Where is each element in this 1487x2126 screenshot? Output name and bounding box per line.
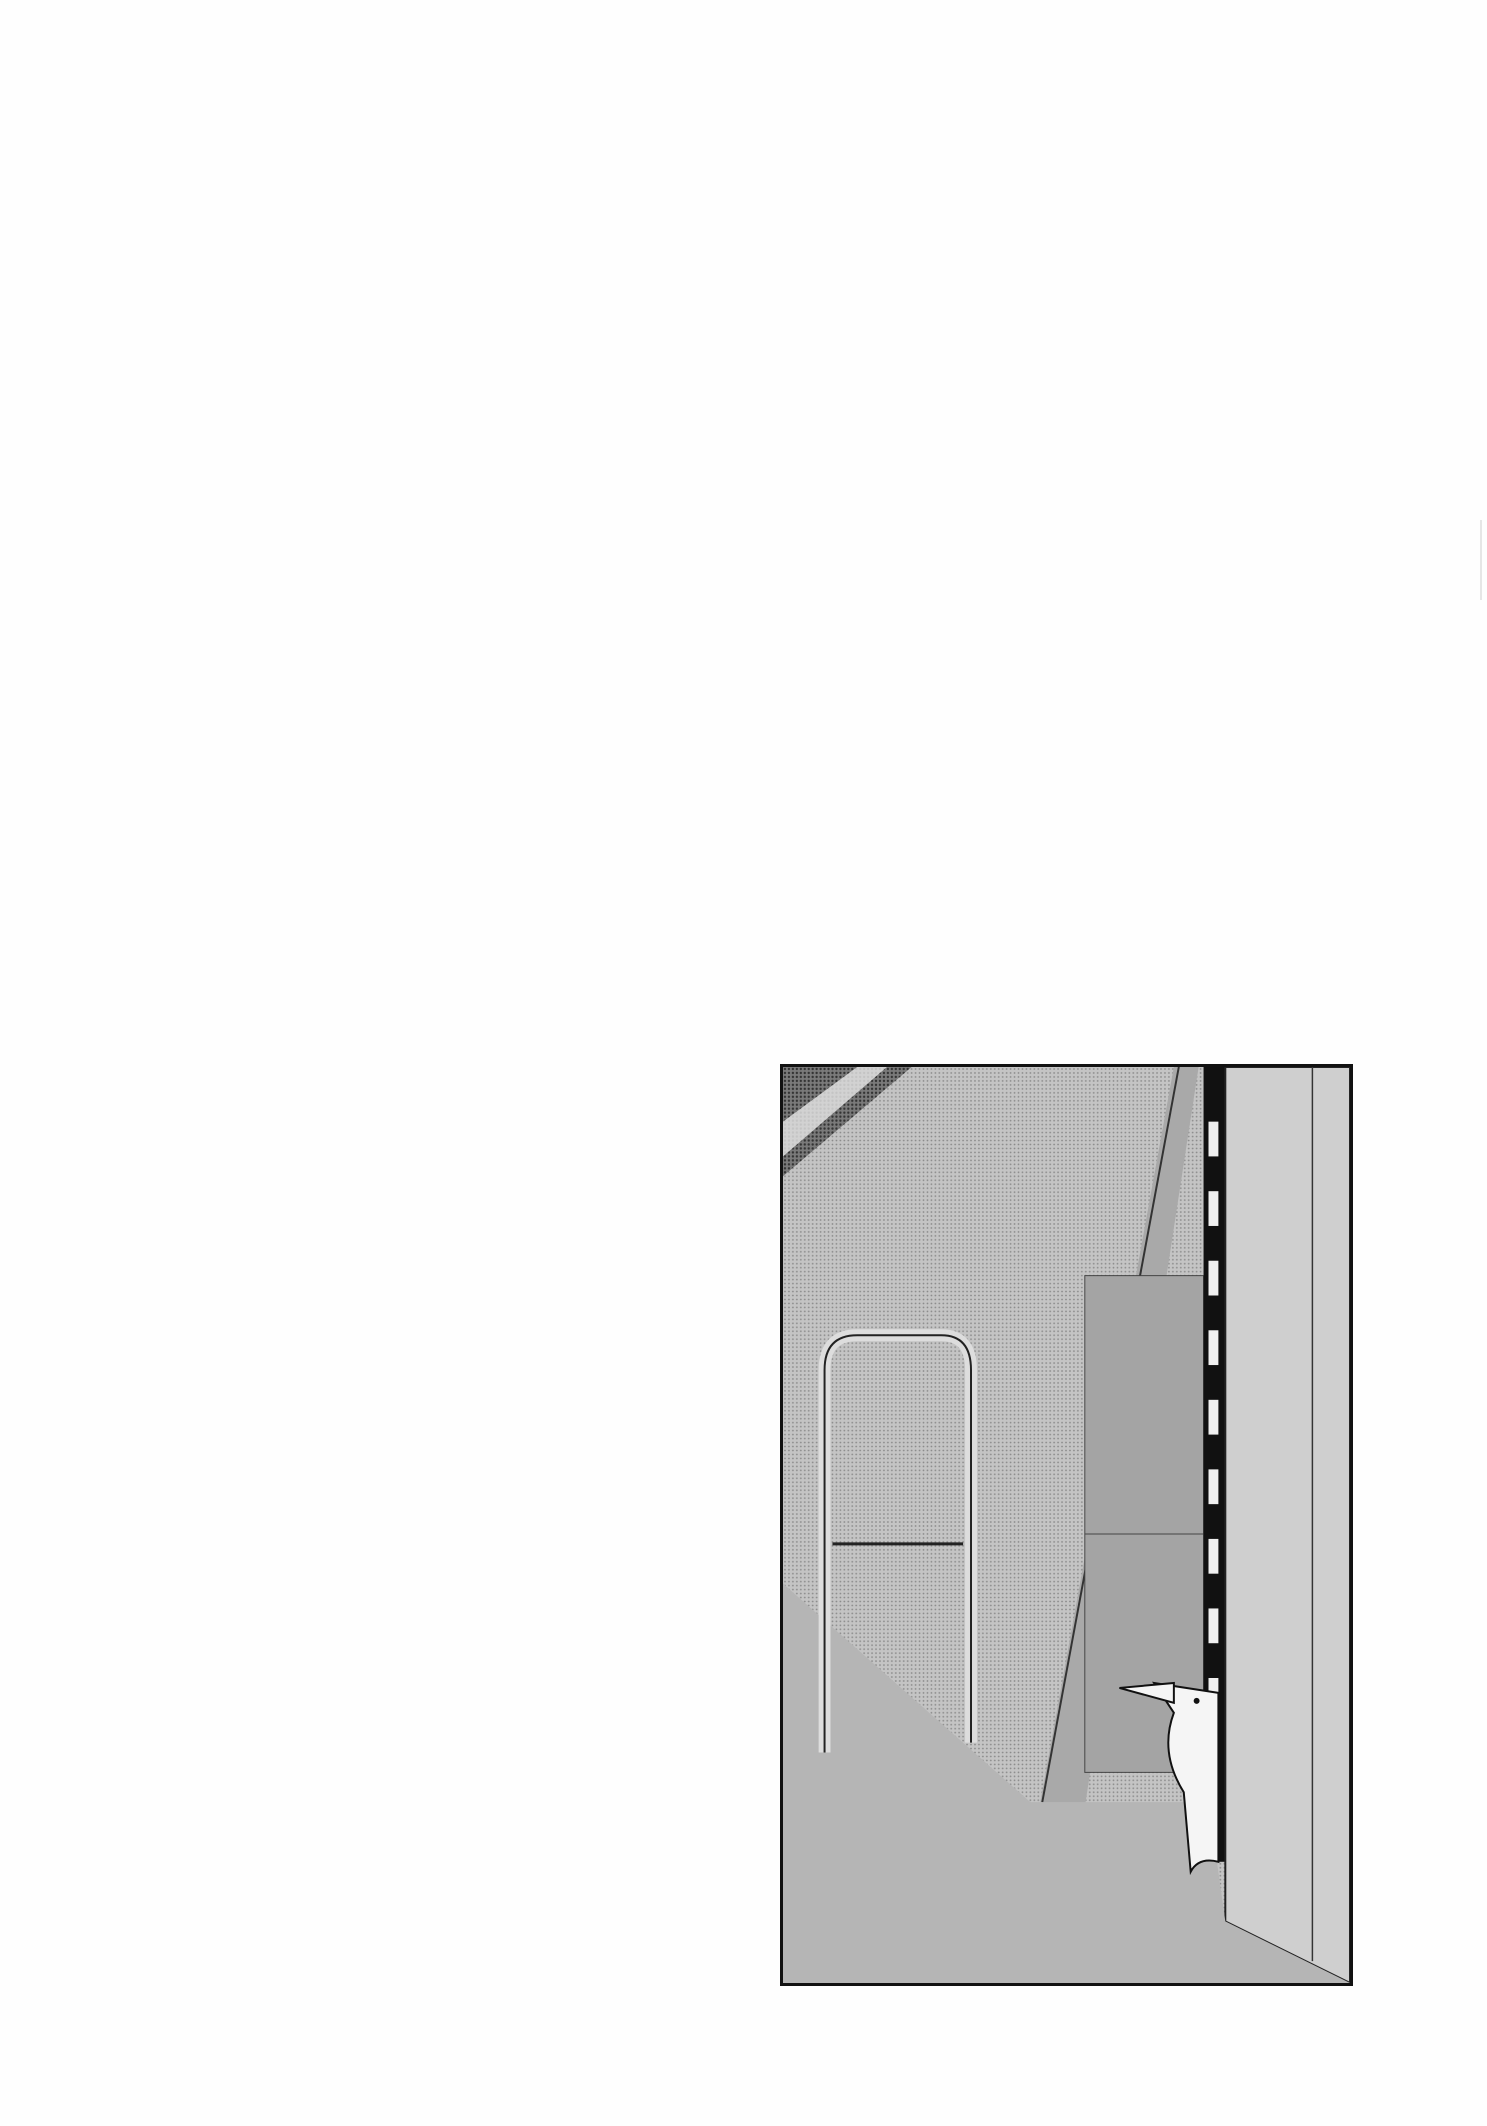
page-edge-mark	[1480, 520, 1482, 600]
panel-illustration	[783, 1067, 1350, 1983]
manga-panel	[780, 1064, 1353, 1986]
foreground-wall	[1225, 1067, 1350, 1983]
